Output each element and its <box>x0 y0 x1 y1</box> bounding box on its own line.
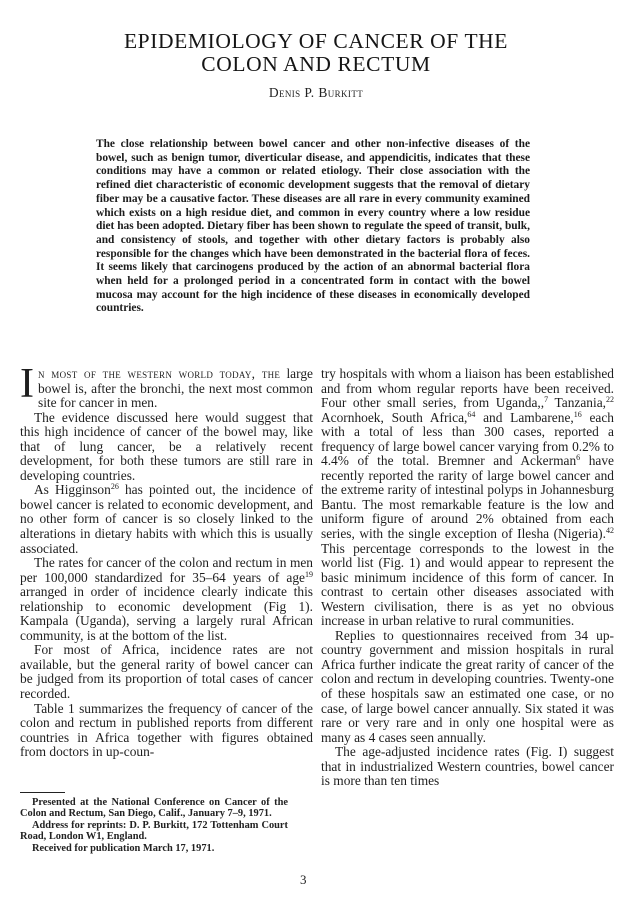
paragraph: Table 1 summarizes the frequency of canc… <box>20 702 313 760</box>
footnote-received: Received for publication March 17, 1971. <box>20 843 288 854</box>
text: and Lambarene, <box>475 410 573 425</box>
body-column-right: try hospitals with whom a liaison has be… <box>321 367 614 789</box>
author-name: Denis P. Burkitt <box>0 85 632 101</box>
title-line-2: COLON AND RECTUM <box>0 53 632 76</box>
footnote-address: Address for reprints: D. P. Burkitt, 172… <box>20 820 288 843</box>
citation-ref: 16 <box>574 410 582 419</box>
text: Acornhoek, South Africa, <box>321 410 467 425</box>
citation-ref: 26 <box>111 482 119 491</box>
title-line-1: EPIDEMIOLOGY OF CANCER OF THE <box>0 30 632 53</box>
text: arranged in order of incidence clearly i… <box>20 584 313 643</box>
footnotes: Presented at the National Conference on … <box>20 797 288 854</box>
paragraph: As Higginson26 has pointed out, the inci… <box>20 483 313 556</box>
drop-cap: I <box>20 369 34 399</box>
intro-smallcaps: n most of the western world today, the <box>38 366 280 381</box>
paragraph: The age-adjusted incidence rates (Fig. I… <box>321 745 614 789</box>
paragraph: Replies to questionnaires received from … <box>321 629 614 745</box>
paragraph: The rates for cancer of the colon and re… <box>20 556 313 643</box>
citation-ref: 42 <box>606 526 614 535</box>
footnote-presented: Presented at the National Conference on … <box>20 797 288 820</box>
citation-ref: 19 <box>305 570 313 579</box>
paragraph: The evidence discussed here would sugges… <box>20 411 313 484</box>
abstract: The close relationship between bowel can… <box>96 138 530 316</box>
footnote-divider <box>20 792 65 793</box>
text: This percentage corresponds to the lowes… <box>321 541 614 629</box>
paragraph: For most of Africa, incidence rates are … <box>20 643 313 701</box>
text: Tanzania, <box>548 395 606 410</box>
paragraph-intro: In most of the western world today, the … <box>20 367 313 411</box>
text: As Higginson <box>34 482 111 497</box>
paragraph: try hospitals with whom a liaison has be… <box>321 367 614 629</box>
body-column-left: In most of the western world today, the … <box>20 367 313 760</box>
citation-ref: 22 <box>606 395 614 404</box>
article-title: EPIDEMIOLOGY OF CANCER OF THE COLON AND … <box>0 30 632 76</box>
text: The rates for cancer of the colon and re… <box>20 555 313 585</box>
page-number: 3 <box>300 872 307 888</box>
